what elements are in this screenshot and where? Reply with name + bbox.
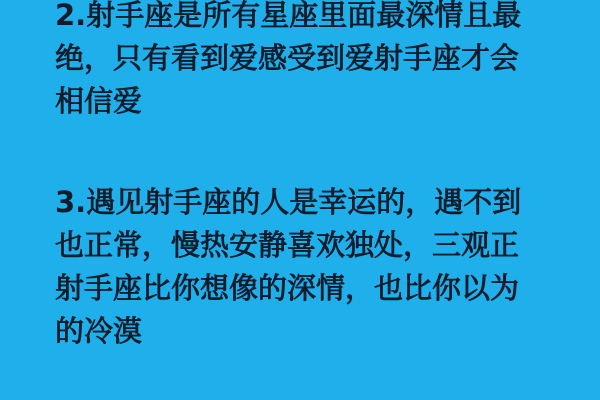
paragraph-line: 也正常，慢热安静喜欢独处，三观正	[55, 224, 555, 267]
image-canvas: 2.射手座是所有星座里面最深情且最 绝，只有看到爱感受到爱射手座才会 相信爱 3…	[0, 0, 600, 400]
paragraph-2: 2.射手座是所有星座里面最深情且最 绝，只有看到爱感受到爱射手座才会 相信爱	[55, 0, 555, 123]
paragraph-line: 相信爱	[55, 80, 555, 123]
paragraph-line: 的冷漠	[55, 310, 555, 353]
paragraph-line: 射手座比你想像的深情，也比你以为	[55, 267, 555, 310]
paragraph-line: 3.遇见射手座的人是幸运的，遇不到	[55, 181, 555, 224]
paragraph-line: 绝，只有看到爱感受到爱射手座才会	[55, 37, 555, 80]
paragraph-line: 2.射手座是所有星座里面最深情且最	[55, 0, 555, 37]
paragraph-3: 3.遇见射手座的人是幸运的，遇不到 也正常，慢热安静喜欢独处，三观正 射手座比你…	[55, 181, 555, 353]
